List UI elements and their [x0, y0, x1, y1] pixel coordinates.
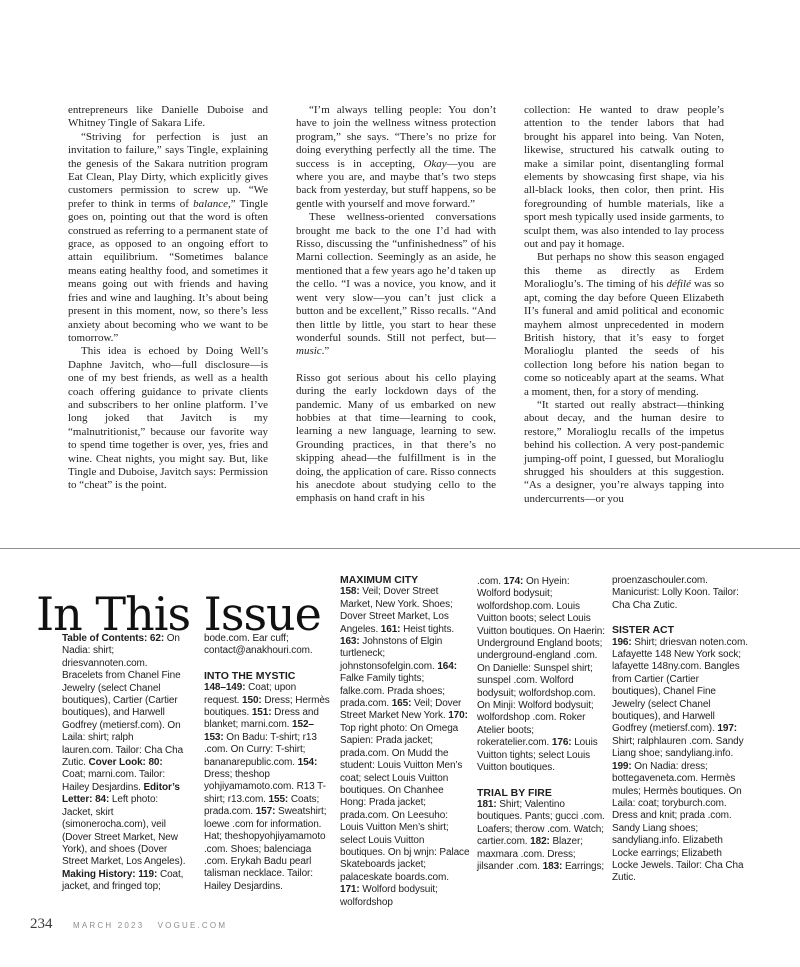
article-column-1: entrepreneurs like Danielle Duboise and …	[68, 104, 268, 506]
credits-column-2: bode.com. Ear cuff; contact@anakhouri.co…	[204, 633, 330, 893]
article-paragraph: Risso got serious about his cello playin…	[296, 372, 496, 506]
credits-column-4: .com. 174: On Hyein: Wolford bodysuit; w…	[477, 576, 605, 873]
credits-text-block: .com. 174: On Hyein: Wolford bodysuit; w…	[477, 576, 605, 775]
article-paragraph: This idea is echoed by Doing Well’s Daph…	[68, 345, 268, 492]
footer-issue-line: MARCH 2023 VOGUE.COM	[73, 921, 227, 930]
article-paragraph: entrepreneurs like Danielle Duboise and …	[68, 104, 268, 131]
article-column-3: collection: He wanted to draw people’s a…	[524, 104, 724, 506]
article-paragraph: These wellness-oriented conversations br…	[296, 211, 496, 358]
article-paragraph: collection: He wanted to draw people’s a…	[524, 104, 724, 251]
credits-text-block: Table of Contents: 62: On Nadia: shirt; …	[62, 633, 186, 894]
article-body: entrepreneurs like Danielle Duboise and …	[68, 104, 724, 506]
credits-column-1: Table of Contents: 62: On Nadia: shirt; …	[62, 633, 186, 894]
credits-text-block: 158: Veil; Dover Street Market, New York…	[340, 586, 470, 909]
article-paragraph: But perhaps no show this season engaged …	[524, 251, 724, 398]
credits-section-heading: TRIAL BY FIRE	[477, 787, 605, 799]
section-divider	[0, 548, 800, 549]
article-paragraph: “It started out really abstract—thinking…	[524, 399, 724, 506]
credits-text-block: 196: Shirt; driesvan noten.com. Lafayett…	[612, 637, 748, 885]
article-paragraph: “Striving for perfection is just an invi…	[68, 131, 268, 346]
credits-text-block: 148–149: Coat; upon request. 150: Dress;…	[204, 682, 330, 893]
credits-text-block: bode.com. Ear cuff; contact@anakhouri.co…	[204, 633, 330, 658]
credits-text-block: 181: Shirt; Valentino boutiques. Pants; …	[477, 799, 605, 873]
credits-section-heading: SISTER ACT	[612, 624, 748, 636]
article-column-2: “I’m always telling people: You don’t ha…	[296, 104, 496, 506]
credits-section-heading: INTO THE MYSTIC	[204, 670, 330, 682]
credits-column-3: MAXIMUM CITY158: Veil; Dover Street Mark…	[340, 574, 470, 909]
issue-section-title: In This Issue	[36, 591, 321, 637]
credits-column-5: proenzaschouler.com. Manicurist: Lolly K…	[612, 575, 748, 885]
credits-text-block: proenzaschouler.com. Manicurist: Lolly K…	[612, 575, 748, 612]
credits-section-heading: MAXIMUM CITY	[340, 574, 470, 586]
article-paragraph: “I’m always telling people: You don’t ha…	[296, 104, 496, 211]
page-number: 234	[30, 916, 53, 933]
